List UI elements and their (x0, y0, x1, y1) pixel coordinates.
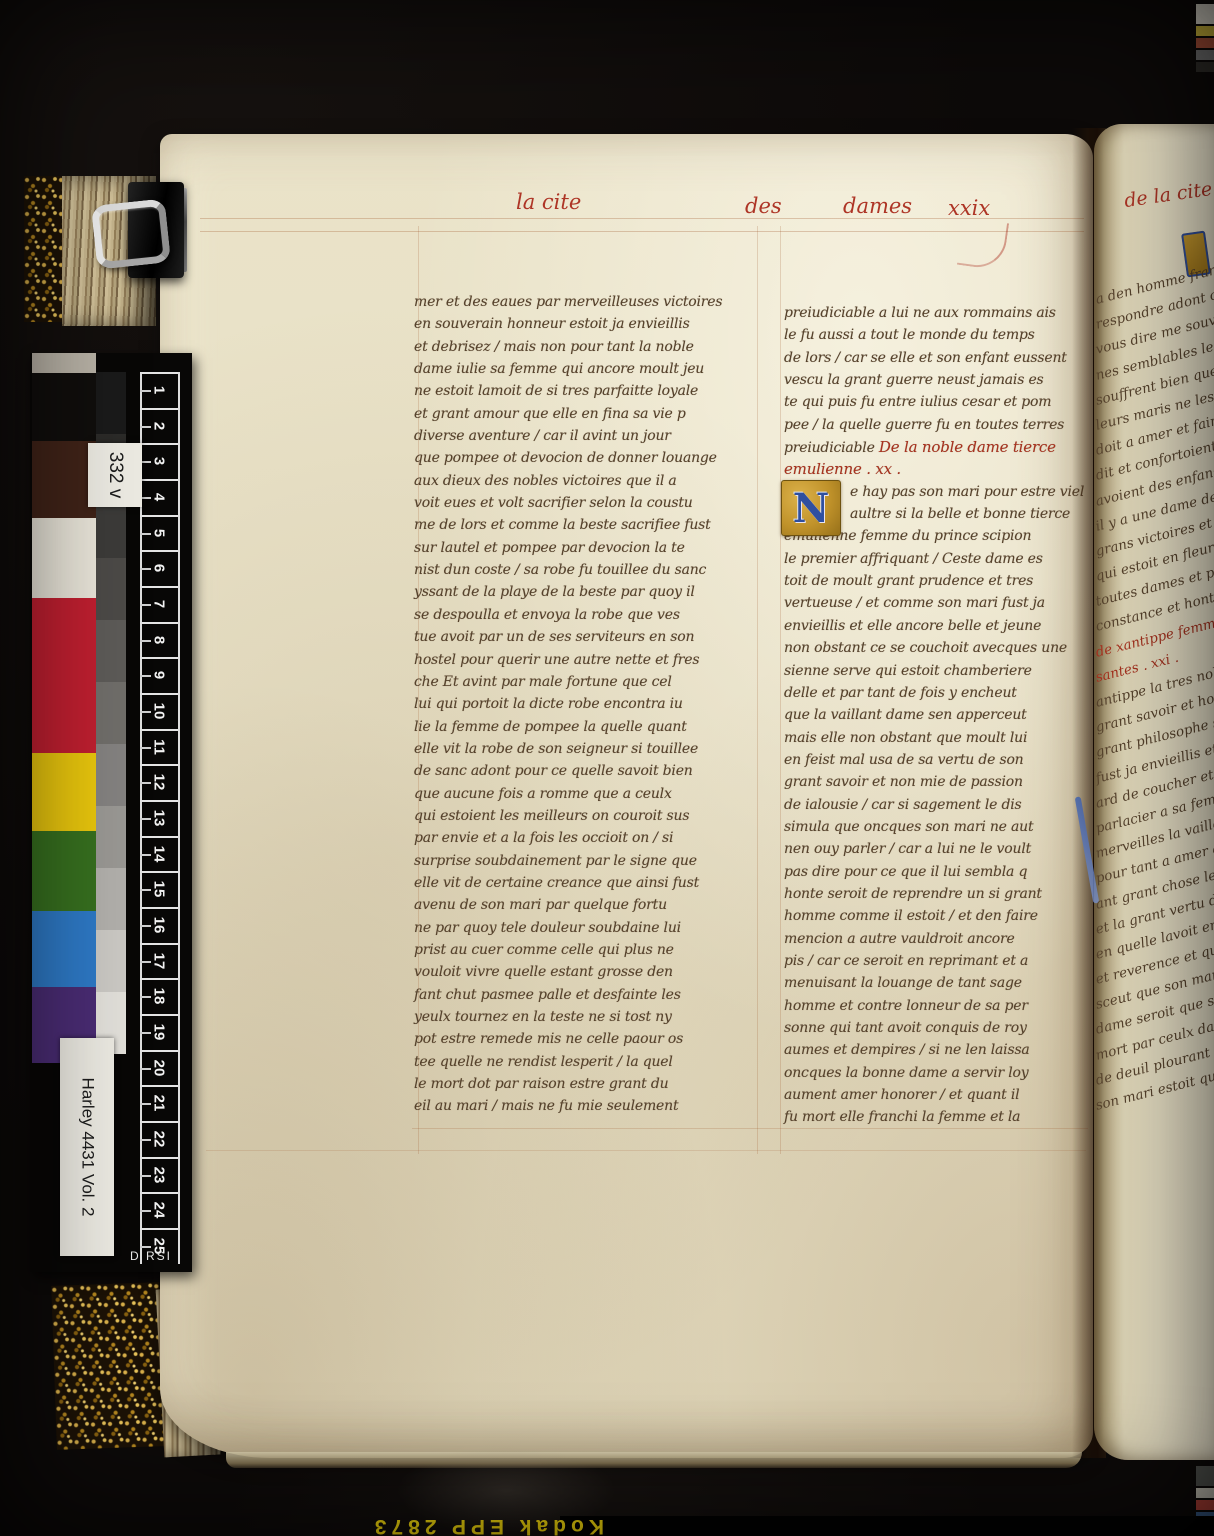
color-patch (32, 373, 96, 441)
running-header-chapter-number: xxix (948, 196, 990, 220)
manuscript-text-line: sonne qui tant avoit conquis de roy (784, 1017, 1102, 1039)
manuscript-text-line: che Et avint par male fortune que cel (414, 671, 762, 693)
ruler-unit: 15 (128, 871, 190, 907)
manuscript-text-line: homme et contre lonneur de sa per (784, 995, 1102, 1017)
ruler-unit: 22 (128, 1121, 190, 1157)
running-header-des: des (745, 194, 782, 218)
ruler-unit: 14 (128, 836, 190, 872)
manuscript-text-line: vouloit vivre quelle estant grosse den (414, 961, 762, 983)
ruler-unit: 6 (128, 550, 190, 586)
manuscript-text-line: vescu la grant guerre neust jamais es (784, 369, 1102, 391)
ruling-line (206, 1150, 1086, 1151)
color-patch (32, 518, 96, 598)
manuscript-text-line: surprise soubdainement par le signe que (414, 850, 762, 872)
manuscript-text-line: honte seroit de reprendre un si grant (784, 883, 1102, 905)
color-patch (32, 753, 96, 831)
manuscript-text-line: et debrisez / mais non pour tant la nobl… (414, 336, 762, 358)
color-patch (32, 441, 96, 518)
manuscript-text-line: me de lors et comme la beste sacrifiee f… (414, 514, 762, 536)
manuscript-text-line: aux dieux des nobles victoires que il a (414, 470, 762, 492)
manuscript-text-line: aumes et dempires / si ne len laissa (784, 1039, 1102, 1061)
manuscript-text-line: par envie et a la fois les occioit on / … (414, 827, 762, 849)
manuscript-text-line: pas dire pour ce que il lui sembla q (784, 861, 1102, 883)
manuscript-text-line: prist au cuer comme celle qui plus ne (414, 939, 762, 961)
manuscript-text-line: lui qui portoit la dicte robe encontra i… (414, 693, 762, 715)
recto-text-fragments: a den homme franrespondre adont certes d… (1096, 288, 1214, 1119)
grayscale-step (96, 806, 126, 868)
manuscript-text-line: pee / la quelle guerre fu en toutes terr… (784, 414, 1102, 436)
manuscript-text-line: oncques la bonne dame a servir loy (784, 1062, 1102, 1084)
film-edge-mark (1196, 4, 1214, 24)
ruler-unit: 21 (128, 1085, 190, 1121)
manuscript-text-line: le mort dot par raison estre grant du (414, 1073, 762, 1095)
gilt-binding-edge-top (24, 176, 64, 322)
manuscript-text-line: toit de moult grant prudence et tres (784, 570, 1102, 592)
manuscript-text-line: te qui puis fu entre iulius cesar et pom (784, 391, 1102, 413)
ruling-line (200, 231, 1084, 232)
manuscript-text-line: preiudiciable a lui ne aux rommains ais (784, 302, 1102, 324)
grayscale-step (96, 620, 126, 682)
color-patch (32, 353, 96, 373)
manuscript-text-line: ne estoit lamoit de si tres parfaitte lo… (414, 380, 762, 402)
rubric-text: De la noble dame tierce (879, 438, 1056, 456)
backdrop-black-band (560, 1516, 1214, 1536)
color-patch-column (32, 353, 96, 1063)
manuscript-photo: la cite des dames xxix mer et des eaues … (0, 0, 1214, 1536)
ruler-unit: 19 (128, 1014, 190, 1050)
manuscript-text-line: dame iulie sa femme qui ancore moult jeu (414, 358, 762, 380)
film-edge-mark (1196, 1488, 1214, 1498)
header-flourish (957, 217, 1009, 271)
color-patch (32, 911, 96, 987)
manuscript-text-line: ne par quoy tele douleur soubdaine lui (414, 917, 762, 939)
manuscript-text-line: que pompee ot devocion de donner louange (414, 447, 762, 469)
ruler-unit: 18 (128, 978, 190, 1014)
manuscript-text-line: non obstant ce se couchoit avecques une (784, 637, 1102, 659)
ruler-unit: 24 (128, 1192, 190, 1228)
manuscript-text-line: emulienne . xx . (784, 458, 1102, 480)
manuscript-text-line: envieillis et elle ancore belle et jeune (784, 615, 1102, 637)
color-patch (32, 831, 96, 911)
manuscript-text-line: grant savoir et non mie de passion (784, 771, 1102, 793)
running-header-title: la cite (516, 190, 581, 214)
manuscript-text-line: le fu aussi a tout le monde du temps (784, 324, 1102, 346)
color-calibration-card: 1234567891011121314151617181920212223242… (30, 353, 192, 1272)
manuscript-text-line: vertueuse / et comme son mari fust ja (784, 592, 1102, 614)
ruler-unit: 8 (128, 622, 190, 658)
manuscript-text-line: de lors / car se elle et son enfant euss… (784, 347, 1102, 369)
manuscript-text-line: homme comme il estoit / et den faire (784, 905, 1102, 927)
grayscale-step (96, 868, 126, 930)
film-edge-mark (1196, 50, 1214, 60)
gilt-binding-edge-bottom (51, 1282, 165, 1450)
manuscript-text-line: hostel pour querir une autre nette et fr… (414, 649, 762, 671)
ruler-unit: 12 (128, 764, 190, 800)
ruling-line (200, 218, 1084, 219)
rubric-text: emulienne . xx . (784, 460, 901, 478)
manuscript-text-line: mencion a autre vauldroit ancore (784, 928, 1102, 950)
film-edge-mark (1196, 1466, 1214, 1486)
manuscript-text-line: tee quelle ne rendist lesperit / la quel (414, 1051, 762, 1073)
film-edge-mark (1196, 26, 1214, 36)
grayscale-step (96, 682, 126, 744)
manuscript-text-line: nen ouy parler / car a lui ne le voult (784, 838, 1102, 860)
ruler-unit: 17 (128, 943, 190, 979)
manuscript-text-line: diverse aventure / car il avint un jour (414, 425, 762, 447)
illuminated-initial: N (781, 480, 841, 536)
running-header-dames: dames (843, 194, 912, 218)
manuscript-text-line: de sanc adont pour ce quelle savoit bien (414, 760, 762, 782)
manuscript-text-line: simula que oncques son mari ne aut (784, 816, 1102, 838)
manuscript-text-line: et grant amour que elle en fina sa vie p (414, 403, 762, 425)
grayscale-step (96, 744, 126, 806)
ruling-line-vertical (780, 226, 781, 1154)
grayscale-step (96, 558, 126, 620)
grayscale-step (96, 372, 126, 434)
ruler-unit: 16 (128, 907, 190, 943)
film-edge-mark (1196, 62, 1214, 72)
film-edge-mark (1196, 38, 1214, 48)
manuscript-text-line: fant chut pasmee palle et desfainte les (414, 984, 762, 1006)
manuscript-text-line: fu mort elle franchi la femme et la (784, 1106, 1102, 1128)
manuscript-text-line: voit eues et volt sacrifier selon la cou… (414, 492, 762, 514)
manuscript-text-line: delle et par tant de fois y encheut (784, 682, 1102, 704)
ruler-unit: 5 (128, 515, 190, 551)
manuscript-text-line: eil au mari / mais ne fu mie seulement (414, 1095, 762, 1117)
manuscript-text-line: en souverain honneur estoit ja envieilli… (414, 313, 762, 335)
shelfmark-label: Harley 4431 Vol. 2 (60, 1038, 114, 1256)
film-stock-label: Kodak EPP 2873 (292, 1514, 604, 1536)
film-edge-mark (1196, 1500, 1214, 1510)
manuscript-text-line: qui estoient les meilleurs on couroit su… (414, 805, 762, 827)
manuscript-text-line: avenu de son mari par quelque fortu (414, 894, 762, 916)
grayscale-step (96, 930, 126, 992)
manuscript-text-line: menuisant la louange de tant sage (784, 972, 1102, 994)
ruler-unit: 11 (128, 729, 190, 765)
manuscript-text-line: aument amer honorer / et quant il (784, 1084, 1102, 1106)
page-bottom-edge (226, 1452, 1082, 1468)
left-text-column: mer et des eaues par merveilleuses victo… (414, 291, 762, 1118)
ruler-unit: 1 (128, 372, 190, 408)
manuscript-text-line: le premier affriquant / Ceste dame es (784, 548, 1102, 570)
manuscript-text-line: sienne serve qui estoit chamberiere (784, 660, 1102, 682)
manuscript-text-line: yssant de la playe de la beste par quoy … (414, 581, 762, 603)
ruler-unit: 9 (128, 657, 190, 693)
ruler-unit: 10 (128, 693, 190, 729)
ruler-unit: 23 (128, 1157, 190, 1193)
ruler-unit: 2 (128, 408, 190, 444)
manuscript-text-line: que aucune fois a romme que a ceulx (414, 783, 762, 805)
manuscript-text-line: se despoulla et envoya la robe que ves (414, 604, 762, 626)
manuscript-text-line: en feist mal usa de sa vertu de son (784, 749, 1102, 771)
manuscript-text-line: elle vit la robe de son seigneur si toui… (414, 738, 762, 760)
manuscript-page-verso: la cite des dames xxix mer et des eaues … (160, 134, 1093, 1458)
ruler-unit: 7 (128, 586, 190, 622)
manuscript-text-line: pis / car ce seroit en reprimant et a (784, 950, 1102, 972)
binder-clip-handle (91, 198, 171, 269)
manuscript-text-line: de ialousie / car si sagement le dis (784, 794, 1102, 816)
manuscript-text-line: sur lautel et pompee par devocion la te (414, 537, 762, 559)
manuscript-text-line: pot estre remede mis ne celle paour os (414, 1028, 762, 1050)
right-text-column: preiudiciable a lui ne aux rommains aisl… (784, 302, 1102, 1129)
folio-number-label: 332 v (88, 443, 142, 507)
manuscript-text-line: que la vaillant dame sen apperceut (784, 704, 1102, 726)
ruler-footer-label: D RSI (130, 1249, 172, 1263)
manuscript-text-line: yeulx tournez en la teste ne si tost ny (414, 1006, 762, 1028)
film-edge-marks-top (1196, 4, 1214, 74)
color-patch (32, 598, 96, 753)
manuscript-text-line: mer et des eaues par merveilleuses victo… (414, 291, 762, 313)
manuscript-text-line: mais elle non obstant que moult lui (784, 727, 1102, 749)
ruler-unit: 20 (128, 1050, 190, 1086)
ruler-unit: 13 (128, 800, 190, 836)
manuscript-text-line: lie la femme de pompee la quelle quant (414, 716, 762, 738)
manuscript-text-line: preiudiciable De la noble dame tierce (784, 436, 1102, 458)
manuscript-text-line: elle vit de certaine creance que ainsi f… (414, 872, 762, 894)
manuscript-text-line: nist dun coste / sa robe fu touillee du … (414, 559, 762, 581)
manuscript-text-line: tue avoit par un de ses serviteurs en so… (414, 626, 762, 648)
